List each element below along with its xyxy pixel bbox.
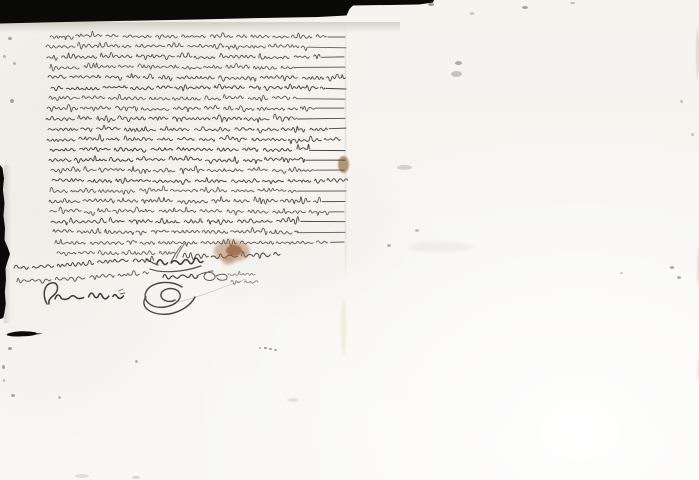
scanner-background [0, 0, 699, 480]
scanned-document-page [0, 0, 699, 480]
scanner-background-top-strip [0, 0, 434, 24]
scanner-background-left-strip [0, 165, 10, 319]
black-streak-mark [7, 331, 43, 336]
